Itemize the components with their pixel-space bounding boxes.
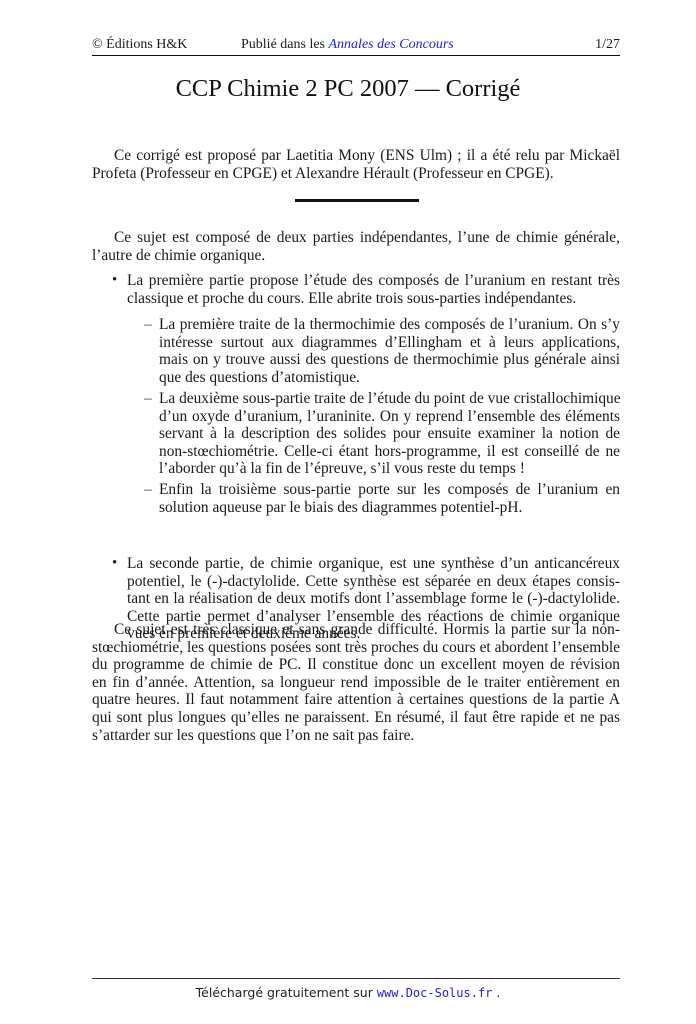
doc-solus-link[interactable]: www.Doc-Solus.fr	[377, 986, 493, 1000]
text-line: La première partie propose l’étude des c…	[127, 272, 620, 290]
text-line: Ce corrigé est proposé par Laetitia Mony…	[92, 147, 620, 165]
publication-note: Publié dans les Annales des Concours	[241, 37, 454, 53]
dash-icon: –	[144, 481, 152, 499]
sub-list-item-aqueous-solution: – Enfin la troisième sous-partie porte s…	[159, 481, 620, 516]
text-line: intéresse surtout aux diagrammes d’Ellin…	[159, 334, 620, 352]
page-number: 1/27	[595, 37, 620, 53]
text-line: La seconde partie, de chimie organique, …	[127, 555, 620, 573]
bullet-icon: •	[112, 272, 117, 290]
text-line: du programme de chimie de PC. Il constit…	[92, 656, 620, 674]
bullet-icon: •	[112, 555, 117, 573]
published-prefix: Publié dans les	[241, 37, 329, 52]
text-line: La première traite de la thermochimie de…	[159, 316, 620, 334]
text-line: Ce sujet est très classique et sans gran…	[92, 621, 620, 639]
text-line: potentiel, le (-)-dactylolide. Cette syn…	[127, 573, 620, 591]
text-line: en fin d’année. Attention, sa longueur r…	[92, 674, 620, 692]
page-header: © Éditions H&K Publié dans les Annales d…	[92, 37, 620, 57]
text-line: que des questions d’atomistique.	[159, 369, 620, 387]
section-separator	[295, 199, 419, 202]
conclusion-paragraph: Ce sujet est très classique et sans gran…	[92, 621, 620, 744]
intro-paragraph: Ce sujet est composé de deux parties ind…	[92, 229, 620, 264]
text-line: l’autre de chimie organique.	[92, 247, 620, 265]
text-line: s’attarder sur les questions que l’on ne…	[92, 727, 620, 745]
text-line: stœchiométrie, les questions posées sont…	[92, 639, 620, 657]
footer-suffix: .	[492, 985, 500, 1000]
page-footer: Téléchargé gratuitement sur www.Doc-Solu…	[0, 985, 696, 1000]
footer-prefix: Téléchargé gratuitement sur	[196, 985, 377, 1000]
text-line: La deuxième sous-partie traite de l’étud…	[159, 390, 620, 408]
text-line: solution aqueuse par le biais des diagra…	[159, 499, 620, 517]
sub-list-item-crystallochemistry: – La deuxième sous-partie traite de l’ét…	[159, 390, 620, 478]
journal-name: Annales des Concours	[329, 37, 454, 52]
copyright-notice: © Éditions H&K	[92, 37, 187, 53]
list-item-part-one: • La première partie propose l’étude des…	[127, 272, 620, 307]
text-line: quatre heures. Il faut notamment faire a…	[92, 691, 620, 709]
credits-paragraph: Ce corrigé est proposé par Laetitia Mony…	[92, 147, 620, 182]
footer-divider	[92, 978, 620, 979]
document-page: © Éditions H&K Publié dans les Annales d…	[0, 0, 696, 1024]
text-line: mais on y trouve aussi des questions de …	[159, 351, 620, 369]
dash-icon: –	[144, 316, 152, 334]
text-line: non-stœchiométrie. Celle-ci étant hors-p…	[159, 443, 620, 461]
document-title: CCP Chimie 2 PC 2007 — Corrigé	[0, 75, 696, 103]
text-line: servant à la description des solides pou…	[159, 425, 620, 443]
text-line: tant en la réalisation de deux motifs do…	[127, 590, 620, 608]
header-divider	[92, 55, 620, 56]
text-line: Ce sujet est composé de deux parties ind…	[92, 229, 620, 247]
text-line: d’un oxyde d’uranium, l’uraninite. On y …	[159, 408, 620, 426]
text-line: Profeta (Professeur en CPGE) et Alexandr…	[92, 165, 620, 183]
text-line: Enfin la troisième sous-partie porte sur…	[159, 481, 620, 499]
dash-icon: –	[144, 390, 152, 408]
text-line: classique et proche du cours. Elle abrit…	[127, 290, 620, 308]
text-line: l’aborder qu’à la fin de l’épreuve, s’il…	[159, 460, 620, 478]
sub-list-item-thermochemistry: – La première traite de la thermochimie …	[159, 316, 620, 386]
text-line: qui sont plus longues qu’elles ne parais…	[92, 709, 620, 727]
